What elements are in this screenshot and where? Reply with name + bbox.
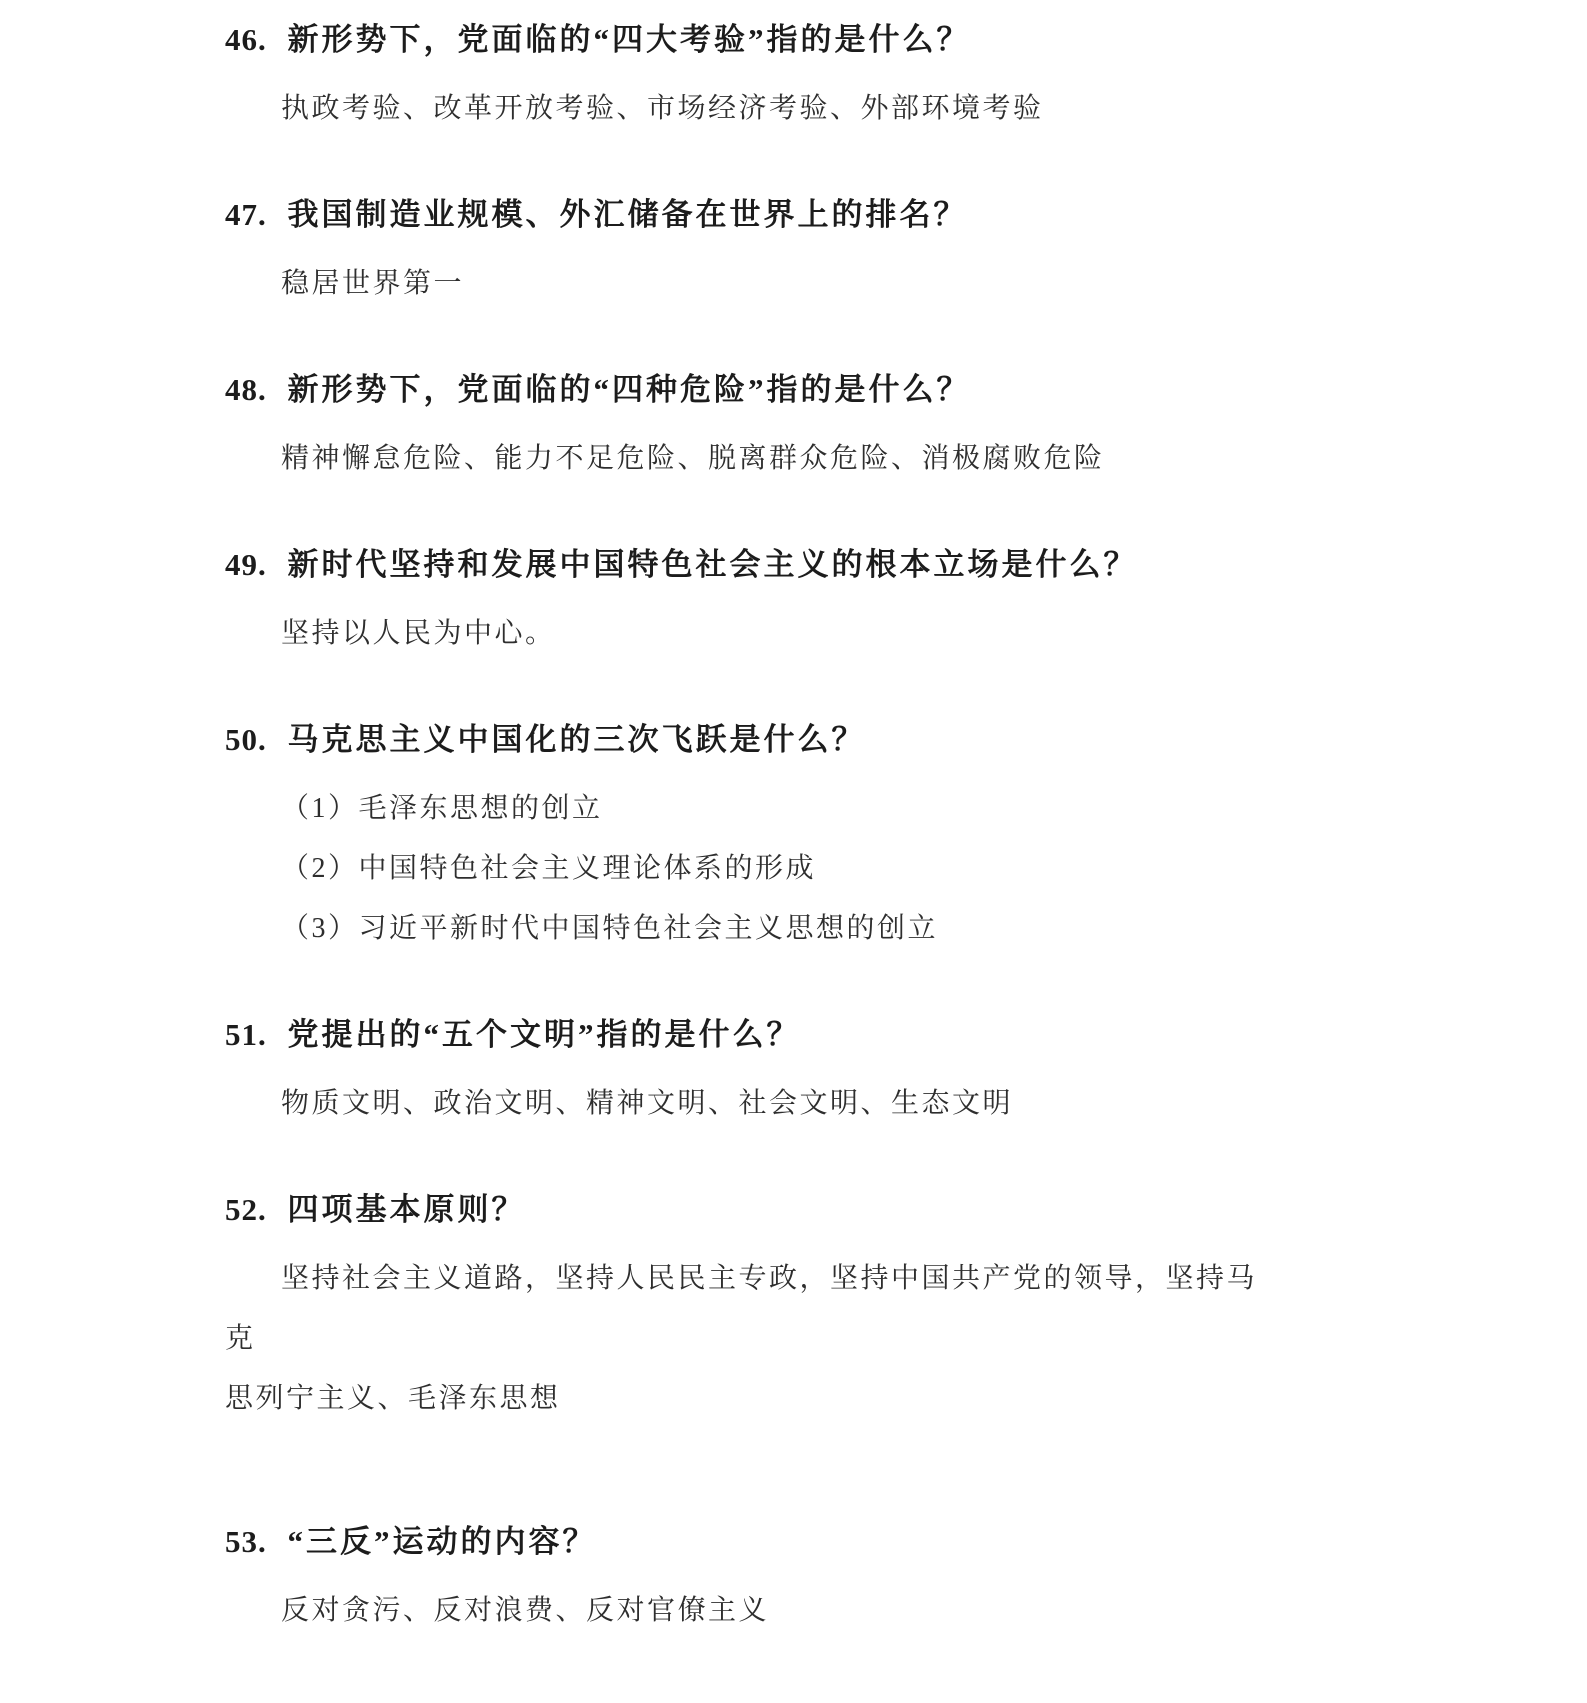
answer-line: 执政考验、改革开放考验、市场经济考验、外部环境考验 bbox=[225, 79, 1270, 139]
question-number: 46. bbox=[225, 22, 267, 57]
qa-list: 46. 新形势下，党面临的“四大考验”指的是什么？ 执政考验、改革开放考验、市场… bbox=[225, 22, 1587, 1641]
qa-item: 47. 我国制造业规模、外汇储备在世界上的排名？ 稳居世界第一 bbox=[225, 197, 1270, 314]
answer: 稳居世界第一 bbox=[225, 254, 1270, 314]
question-heading: 51. 党提出的“五个文明”指的是什么？ bbox=[225, 1017, 1270, 1053]
question-heading: 50. 马克思主义中国化的三次飞跃是什么？ bbox=[225, 722, 1270, 758]
qa-item: 52. 四项基本原则？ 坚持社会主义道路，坚持人民民主专政，坚持中国共产党的领导… bbox=[225, 1192, 1270, 1429]
question-text: 我国制造业规模、外汇储备在世界上的排名？ bbox=[288, 197, 968, 232]
question-number: 53. bbox=[225, 1524, 267, 1559]
answer-line: 精神懈怠危险、能力不足危险、脱离群众危险、消极腐败危险 bbox=[225, 429, 1270, 489]
answer-line: 物质文明、政治文明、精神文明、社会文明、生态文明 bbox=[225, 1074, 1270, 1134]
qa-item: 46. 新形势下，党面临的“四大考验”指的是什么？ 执政考验、改革开放考验、市场… bbox=[225, 22, 1270, 139]
question-number: 49. bbox=[225, 547, 267, 582]
question-number: 51. bbox=[225, 1017, 267, 1052]
answer-line: 稳居世界第一 bbox=[225, 254, 1270, 314]
answer: 坚持以人民为中心。 bbox=[225, 604, 1270, 664]
question-text: 四项基本原则？ bbox=[288, 1192, 526, 1227]
question-number: 47. bbox=[225, 197, 267, 232]
answer: 执政考验、改革开放考验、市场经济考验、外部环境考验 bbox=[225, 79, 1270, 139]
question-text: 新形势下，党面临的“四种危险”指的是什么？ bbox=[288, 372, 971, 407]
answer: 精神懈怠危险、能力不足危险、脱离群众危险、消极腐败危险 bbox=[225, 429, 1270, 489]
answer: 反对贪污、反对浪费、反对官僚主义 bbox=[225, 1581, 1270, 1641]
question-number: 50. bbox=[225, 722, 267, 757]
answer-line: 反对贪污、反对浪费、反对官僚主义 bbox=[225, 1581, 1270, 1641]
qa-item: 48. 新形势下，党面临的“四种危险”指的是什么？ 精神懈怠危险、能力不足危险、… bbox=[225, 372, 1270, 489]
question-heading: 53. “三反”运动的内容？ bbox=[225, 1524, 1270, 1560]
answer-line: （2）中国特色社会主义理论体系的形成 bbox=[225, 839, 1270, 899]
question-heading: 48. 新形势下，党面临的“四种危险”指的是什么？ bbox=[225, 372, 1270, 408]
question-text: “三反”运动的内容？ bbox=[288, 1524, 597, 1559]
answer-line: 坚持以人民为中心。 bbox=[225, 604, 1270, 664]
qa-item: 50. 马克思主义中国化的三次飞跃是什么？ （1）毛泽东思想的创立（2）中国特色… bbox=[225, 722, 1270, 959]
answer: （1）毛泽东思想的创立（2）中国特色社会主义理论体系的形成（3）习近平新时代中国… bbox=[225, 779, 1270, 959]
question-text: 马克思主义中国化的三次飞跃是什么？ bbox=[288, 722, 866, 757]
question-number: 48. bbox=[225, 372, 267, 407]
answer-line: 坚持社会主义道路，坚持人民民主专政，坚持中国共产党的领导，坚持马克 bbox=[225, 1249, 1270, 1369]
question-text: 新时代坚持和发展中国特色社会主义的根本立场是什么？ bbox=[288, 547, 1138, 582]
answer: 坚持社会主义道路，坚持人民民主专政，坚持中国共产党的领导，坚持马克思列宁主义、毛… bbox=[225, 1249, 1270, 1429]
answer-line: （3）习近平新时代中国特色社会主义思想的创立 bbox=[225, 899, 1270, 959]
answer-line: 思列宁主义、毛泽东思想 bbox=[225, 1369, 1270, 1429]
qa-item: 53. “三反”运动的内容？ 反对贪污、反对浪费、反对官僚主义 bbox=[225, 1524, 1270, 1641]
question-text: 党提出的“五个文明”指的是什么？ bbox=[288, 1017, 801, 1052]
answer: 物质文明、政治文明、精神文明、社会文明、生态文明 bbox=[225, 1074, 1270, 1134]
question-number: 52. bbox=[225, 1192, 267, 1227]
question-heading: 46. 新形势下，党面临的“四大考验”指的是什么？ bbox=[225, 22, 1270, 58]
document-page: 46. 新形势下，党面临的“四大考验”指的是什么？ 执政考验、改革开放考验、市场… bbox=[0, 0, 1587, 1703]
question-heading: 52. 四项基本原则？ bbox=[225, 1192, 1270, 1228]
qa-item: 51. 党提出的“五个文明”指的是什么？ 物质文明、政治文明、精神文明、社会文明… bbox=[225, 1017, 1270, 1134]
answer-line: （1）毛泽东思想的创立 bbox=[225, 779, 1270, 839]
question-heading: 47. 我国制造业规模、外汇储备在世界上的排名？ bbox=[225, 197, 1270, 233]
question-text: 新形势下，党面临的“四大考验”指的是什么？ bbox=[288, 22, 971, 57]
question-heading: 49. 新时代坚持和发展中国特色社会主义的根本立场是什么？ bbox=[225, 547, 1270, 583]
qa-item: 49. 新时代坚持和发展中国特色社会主义的根本立场是什么？ 坚持以人民为中心。 bbox=[225, 547, 1270, 664]
